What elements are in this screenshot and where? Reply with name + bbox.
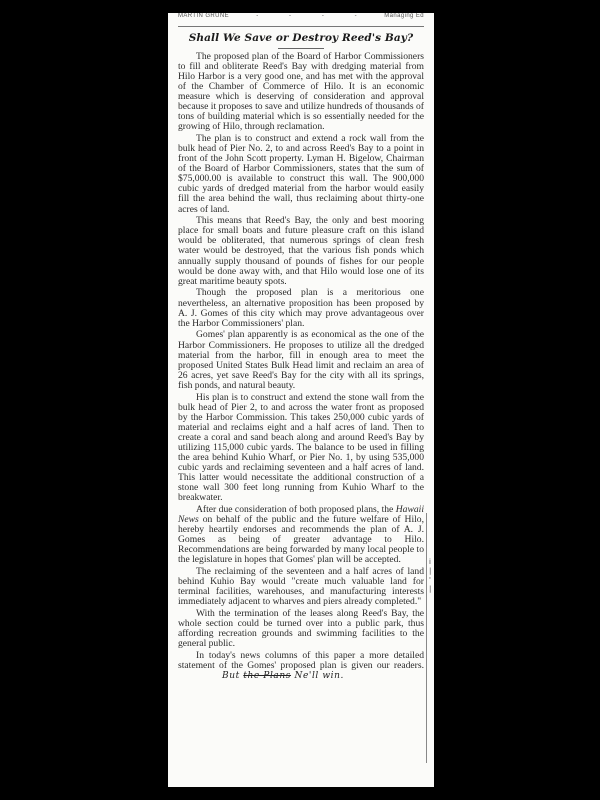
- paragraph: The proposed plan of the Board of Harbor…: [178, 52, 424, 132]
- top-divider: [178, 26, 424, 27]
- dash: -: [256, 13, 258, 20]
- article-body: The proposed plan of the Board of Harbor…: [178, 52, 424, 683]
- paragraph: Though the proposed plan is a meritoriou…: [178, 288, 424, 328]
- paragraph-closing: In today's news columns of this paper a …: [178, 651, 424, 681]
- handwritten-note-end: Ne'll win.: [291, 671, 344, 681]
- masthead-right: Managing Ed: [384, 13, 424, 20]
- page: MARTIN GRUNE - - - - Managing Ed Shall W…: [0, 0, 600, 800]
- margin-mark: ': [429, 576, 434, 585]
- paragraph: His plan is to construct and extend the …: [178, 393, 424, 504]
- handwritten-note-start: But: [222, 671, 243, 681]
- margin-mark: i: [429, 558, 434, 567]
- dash: -: [289, 13, 291, 20]
- headline-divider: [278, 48, 324, 49]
- handwritten-note: But the Plans Ne'll win.: [204, 671, 344, 681]
- margin-mark: |: [429, 567, 434, 576]
- newspaper-clipping: MARTIN GRUNE - - - - Managing Ed Shall W…: [168, 13, 434, 787]
- paragraph: With the termination of the leases along…: [178, 609, 424, 649]
- margin-mark: |: [429, 585, 434, 594]
- dash: -: [322, 13, 324, 20]
- paragraph: Gomes' plan apparently is as economical …: [178, 330, 424, 390]
- article-headline: Shall We Save or Destroy Reed's Bay?: [168, 32, 434, 44]
- paragraph: This means that Reed's Bay, the only and…: [178, 216, 424, 286]
- masthead-left: MARTIN GRUNE: [178, 13, 229, 20]
- masthead: MARTIN GRUNE - - - - Managing Ed: [178, 13, 424, 21]
- paragraph-endorsement: After due consideration of both proposed…: [178, 505, 424, 565]
- paragraph: The plan is to construct and extend a ro…: [178, 134, 424, 214]
- paragraph-rest: on behalf of the public and the future w…: [178, 514, 424, 565]
- column-rule: [426, 513, 427, 763]
- dash: -: [355, 13, 357, 20]
- paragraph: The reclaiming of the seventeen and a ha…: [178, 567, 424, 607]
- margin-marks: i | ' |: [429, 558, 434, 594]
- masthead-dashes: - - - -: [229, 13, 384, 20]
- handwritten-note-struck: the Plans: [243, 671, 291, 681]
- paragraph-closing-text: In today's news columns of this paper a …: [178, 650, 424, 671]
